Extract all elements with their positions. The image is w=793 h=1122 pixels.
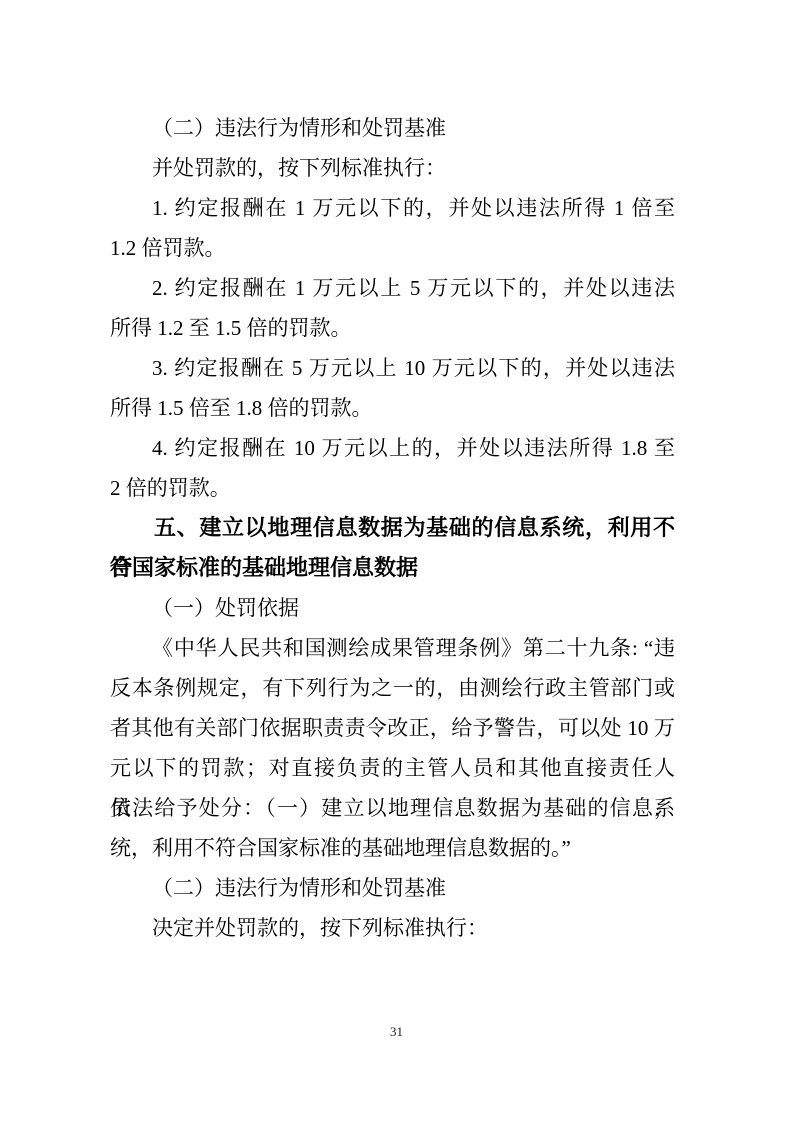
body-line: 《中华人民共和国测绘成果管理条例》第二十九条: “违 [110, 628, 675, 668]
subsection-heading-line: （二）违法行为情形和处罚基准 [110, 108, 675, 148]
list-item-line: 1. 约定报酬在 1 万元以下的，并处以违法所得 1 倍至 [110, 188, 675, 228]
list-item-line: 2 倍的罚款。 [110, 468, 675, 508]
body-line: 反本条例规定，有下列行为之一的，由测绘行政主管部门或 [110, 668, 675, 708]
body-line: 元以下的罚款；对直接负责的主管人员和其他直接责任人员， [110, 748, 675, 788]
body-line: 依法给予处分：（一）建立以地理信息数据为基础的信息系 [110, 788, 675, 828]
body-line: 统，利用不符合国家标准的基础地理信息数据的。” [110, 828, 675, 868]
page-number: 31 [0, 1022, 793, 1042]
body-line: 并处罚款的，按下列标准执行： [110, 148, 675, 188]
document-page: （二）违法行为情形和处罚基准 并处罚款的，按下列标准执行： 1. 约定报酬在 1… [0, 0, 793, 1122]
list-item-line: 所得 1.2 至 1.5 倍的罚款。 [110, 308, 675, 348]
list-item-line: 4. 约定报酬在 10 万元以上的，并处以违法所得 1.8 至 [110, 428, 675, 468]
body-line: 者其他有关部门依据职责责令改正，给予警告，可以处 10 万 [110, 708, 675, 748]
list-item-line: 所得 1.5 倍至 1.8 倍的罚款。 [110, 388, 675, 428]
section-heading-line: 合国家标准的基础地理信息数据 [110, 548, 675, 588]
list-item-line: 1.2 倍罚款。 [110, 228, 675, 268]
section-heading-line: 五、建立以地理信息数据为基础的信息系统，利用不符 [110, 508, 675, 548]
document-body: （二）违法行为情形和处罚基准 并处罚款的，按下列标准执行： 1. 约定报酬在 1… [110, 108, 675, 948]
subsection-heading-line: （二）违法行为情形和处罚基准 [110, 868, 675, 908]
list-item-line: 3. 约定报酬在 5 万元以上 10 万元以下的，并处以违法 [110, 348, 675, 388]
subsection-heading-line: （一）处罚依据 [110, 588, 675, 628]
list-item-line: 2. 约定报酬在 1 万元以上 5 万元以下的，并处以违法 [110, 268, 675, 308]
body-line: 决定并处罚款的，按下列标准执行： [110, 908, 675, 948]
